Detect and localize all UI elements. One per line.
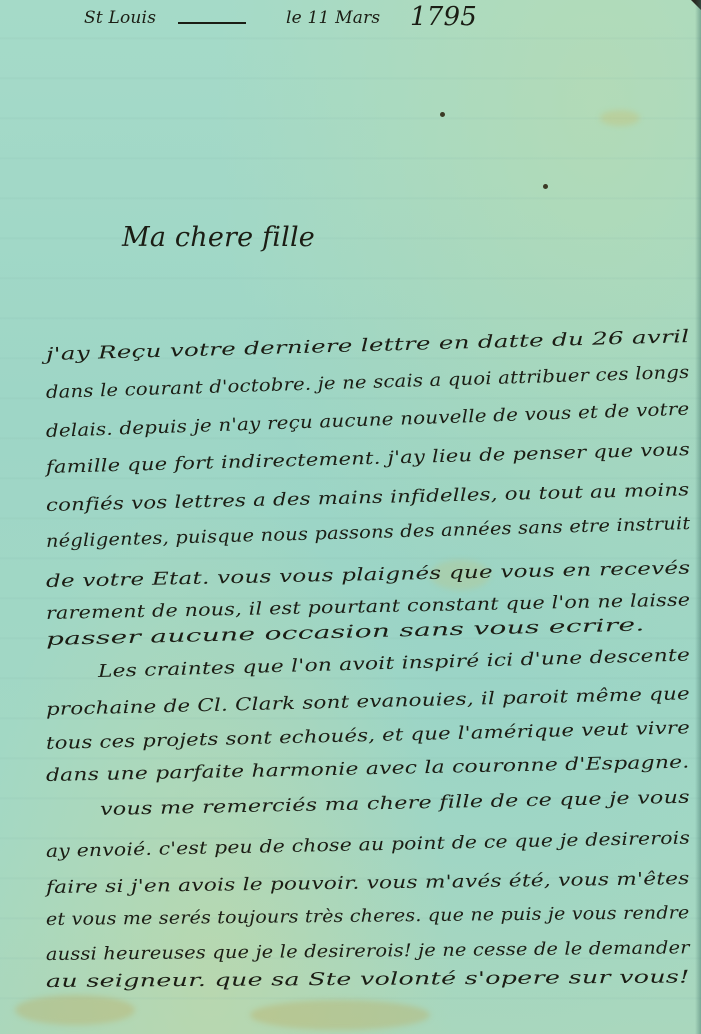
letter-line: dans le courant d'octobre. je ne scais a… xyxy=(46,363,690,403)
header-dash xyxy=(178,22,246,24)
letter-date: le 11 Mars xyxy=(286,8,380,28)
letter-line: confiés vos lettres a des mains infidell… xyxy=(46,480,690,516)
letter-year: 1795 xyxy=(410,2,477,32)
letter-line: delais. depuis je n'ay reçu aucune nouve… xyxy=(46,400,690,442)
ink-speck xyxy=(543,184,548,189)
letter-line: tous ces projets sont echoués, et que l'… xyxy=(46,718,690,754)
paper-stain xyxy=(15,995,135,1025)
page-corner xyxy=(691,0,701,10)
letter-line: au seigneur. que sa Ste volonté s'opere … xyxy=(46,968,690,992)
paper-stain xyxy=(600,110,640,126)
letter-line: et vous me serés toujours très cheres. q… xyxy=(46,903,690,930)
letter-line: j'ay Reçu votre derniere lettre en datte… xyxy=(46,327,690,365)
letter-line: Les craintes que l'on avoit inspiré ici … xyxy=(98,645,691,682)
letter-line: vous me remerciés ma chere fille de ce q… xyxy=(100,788,690,820)
letter-salutation: Ma chere fille xyxy=(122,222,315,253)
letter-line: famille que fort indirectement. j'ay lie… xyxy=(46,440,691,478)
letter-line: de votre Etat. vous vous plaignés que vo… xyxy=(46,559,691,592)
letter-line: ay envoié. c'est peu de chose au point d… xyxy=(46,829,691,862)
ink-speck xyxy=(440,112,445,117)
letter-place: St Louis xyxy=(84,8,156,28)
letter-page: St Louis le 11 Mars 1795 Ma chere fille … xyxy=(0,0,701,1034)
paper-stain xyxy=(250,1000,430,1030)
letter-line: prochaine de Cl. Clark sont evanouies, i… xyxy=(46,684,690,720)
letter-line: faire si j'en avois le pouvoir. vous m'a… xyxy=(46,869,690,898)
letter-line: négligentes, puisque nous passons des an… xyxy=(46,514,691,552)
letter-line: dans une parfaite harmonie avec la couro… xyxy=(46,753,690,786)
letter-line: aussi heureuses que je le desirerois! je… xyxy=(46,938,690,965)
